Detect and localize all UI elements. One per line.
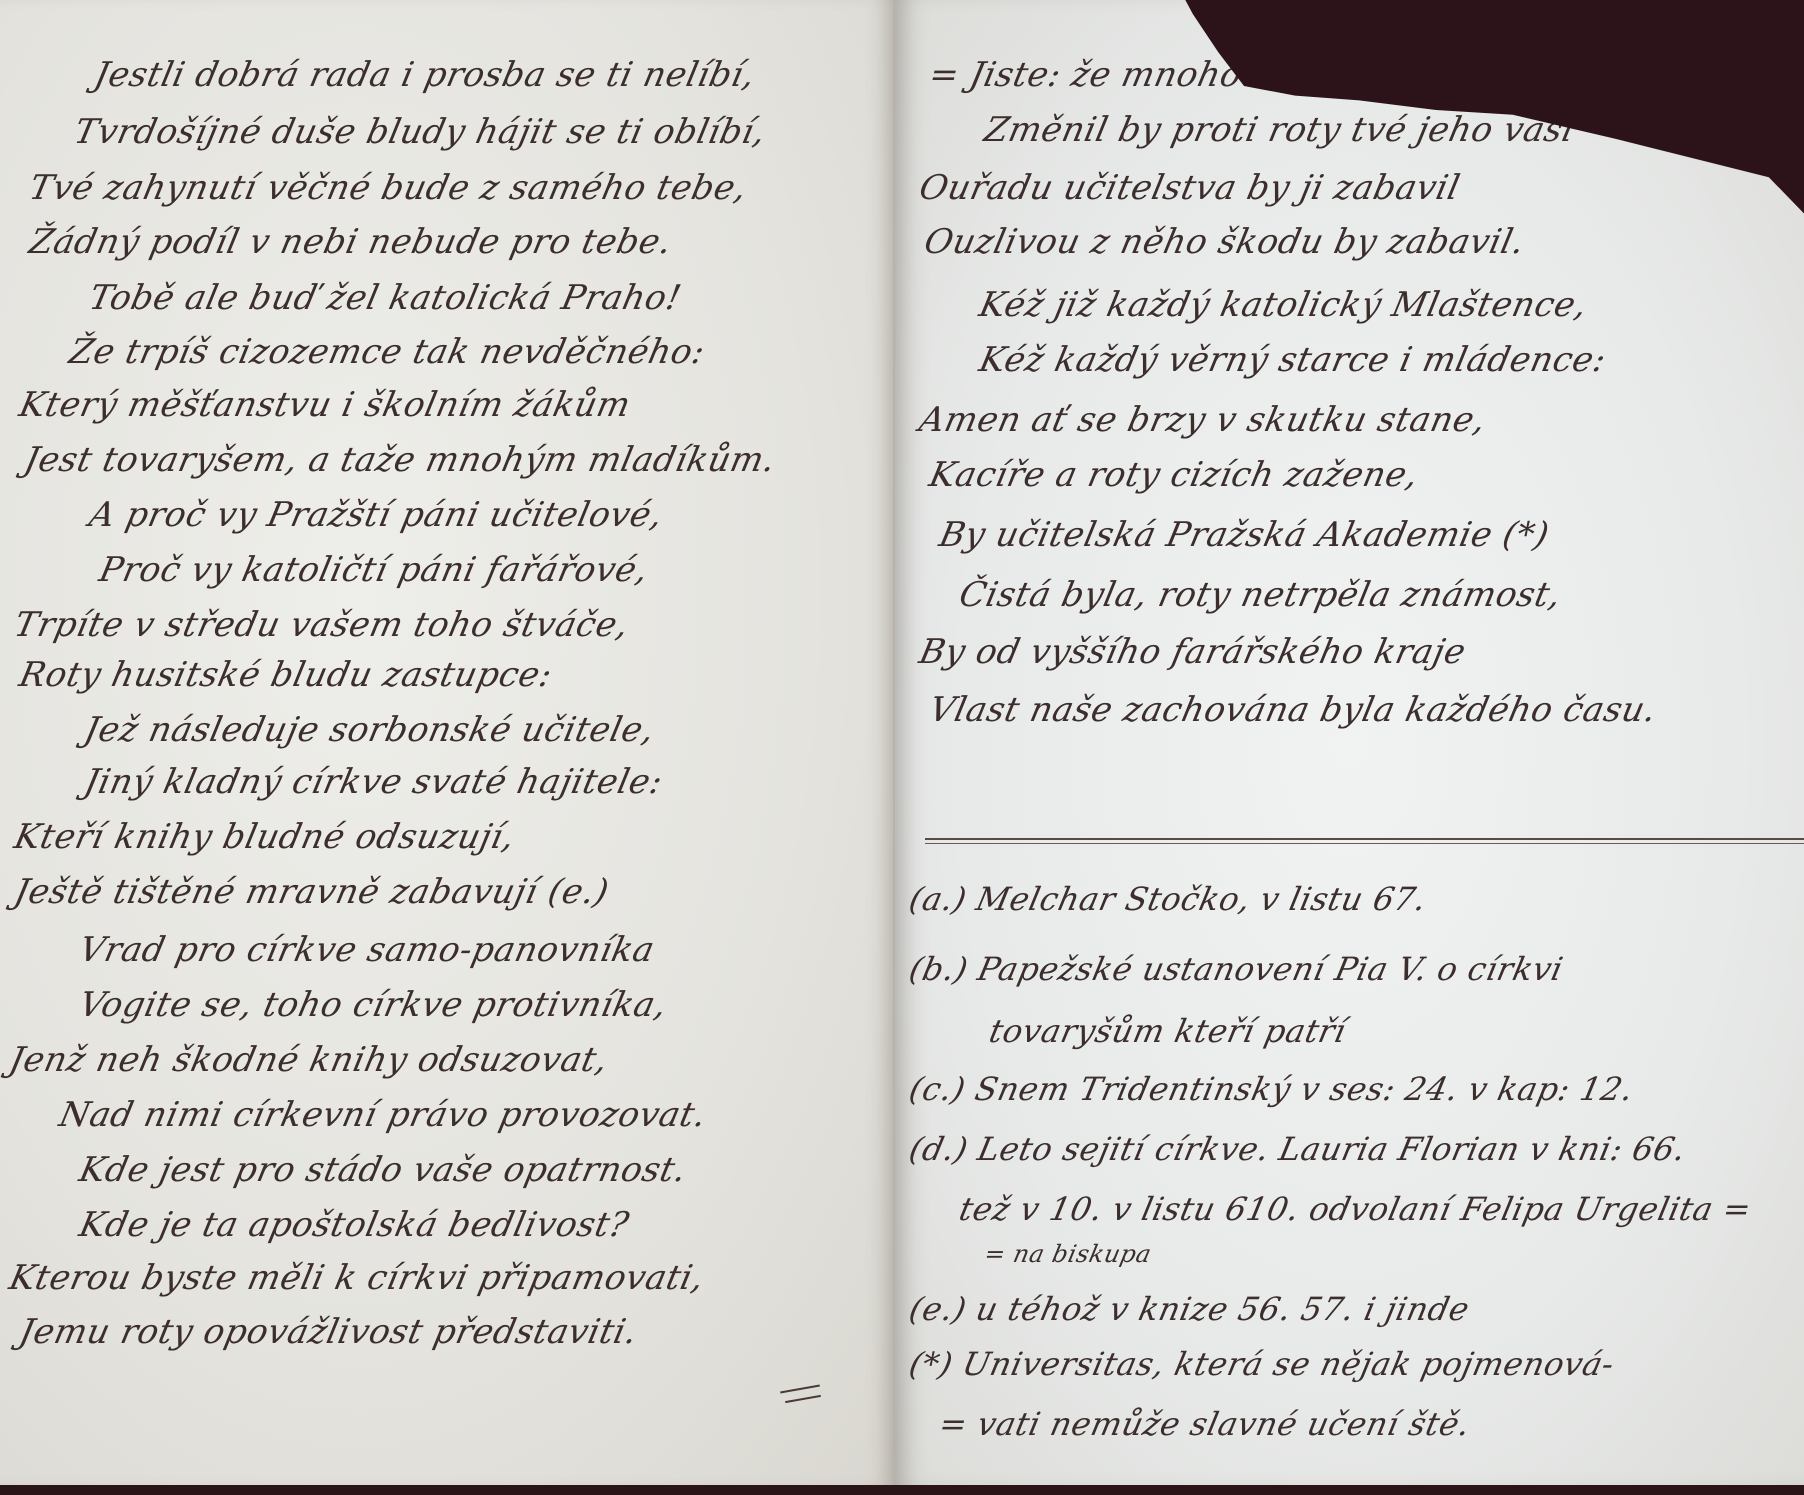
manuscript-line: Ještě tištěné mravně zabavují (e.)	[11, 872, 613, 912]
footnote-text: u téhož v knize 56. 57. i jinde	[973, 1290, 1473, 1328]
footnote-separator	[925, 838, 1804, 844]
manuscript-line: Jestli dobrá rada i prosba se ti nelíbí,	[91, 55, 759, 95]
footnote-text: Melchar Stočko, v listu 67.	[973, 880, 1430, 918]
footnote-text: Papežské ustanovení Pia V. o církvi	[974, 950, 1566, 988]
manuscript-line: Nad nimi církevní právo provozovat.	[56, 1095, 710, 1135]
footnote-e: (e.) u téhož v knize 56. 57. i jinde	[906, 1290, 1473, 1328]
footnote-text: tež v 10. v listu 610. odvolaní Felipa U…	[956, 1190, 1755, 1228]
manuscript-line: Kteří knihy bludné odsuzují,	[11, 817, 519, 857]
footnote-c: (c.) Snem Tridentinský v ses: 24. v kap:…	[906, 1070, 1637, 1108]
manuscript-line: Jiný kladný církve svaté hajitele:	[81, 762, 667, 802]
manuscript-line: Tobě ale buď žel katolická Praho!	[86, 278, 685, 318]
manuscript-line: Vlast naše zachována byla každého času.	[926, 690, 1660, 730]
manuscript-line: Vogite se, toho církve protivníka,	[76, 985, 671, 1025]
footnote-text: tovaryšům kteří patří	[986, 1012, 1350, 1050]
manuscript-line: Proč vy katoličtí páni fařářové,	[96, 550, 652, 590]
footnote-asterisk: (*) Universitas, která se nějak pojmenov…	[906, 1345, 1618, 1383]
footnote-text: Snem Tridentinský v ses: 24. v kap: 12.	[972, 1070, 1637, 1108]
manuscript-line: = Jiste: že mnoho	[926, 55, 1246, 95]
manuscript-line: Změnil by proti roty tvé jeho vaši	[981, 110, 1578, 150]
footnote-text: Leto sejití církve. Lauria Florian v kni…	[974, 1130, 1689, 1168]
left-page: Jestli dobrá rada i prosba se ti nelíbí,…	[0, 0, 895, 1485]
footnote-a: (a.) Melchar Stočko, v listu 67.	[906, 880, 1430, 918]
footnote-marker: (b.)	[906, 950, 972, 988]
footnote-text: Universitas, která se nějak pojmenová-	[959, 1345, 1618, 1383]
footnote-text: = vati nemůže slavné učení ště.	[936, 1405, 1474, 1443]
manuscript-line: Tvé zahynutí věčné bude z samého tebe,	[26, 168, 751, 208]
manuscript-line: By učitelská Pražská Akademie (*)	[936, 515, 1553, 555]
footnote-text: = na biskupa	[982, 1240, 1154, 1268]
manuscript-line: Kéž již každý katolický Mlaštence,	[976, 285, 1591, 325]
manuscript-line: Čistá byla, roty netrpěla známost,	[956, 575, 1565, 615]
footnote-marker: (d.)	[906, 1130, 972, 1168]
manuscript-line: Kéž každý věrný starce i mládence:	[976, 340, 1610, 380]
footnote-marker: (*)	[906, 1345, 957, 1383]
manuscript-line: Roty husitské bludu zastupce:	[16, 655, 556, 695]
footnote-marker: (a.)	[906, 880, 970, 918]
manuscript-line: Jemu roty opovážlivost představiti.	[16, 1312, 641, 1352]
manuscript-line: Vrad pro církve samo-panovníka	[76, 930, 659, 970]
manuscript-line: A proč vy Pražští páni učitelové,	[86, 495, 667, 535]
manuscript-line: Kacíře a roty cizích zažene,	[926, 455, 1422, 495]
manuscript-line: Který měšťanstvu i školním žákům	[16, 385, 634, 425]
end-mark	[780, 1385, 820, 1394]
manuscript-line: Amen ať se brzy v skutku stane,	[916, 400, 1490, 440]
manuscript-line: Trpíte v středu vašem toho štváče,	[11, 605, 633, 645]
manuscript-line: Jenž neh škodné knihy odsuzovat,	[6, 1040, 612, 1080]
footnote-b: (b.) Papežské ustanovení Pia V. o církvi	[906, 950, 1567, 988]
manuscript-line: Jež následuje sorbonské učitele,	[81, 710, 658, 750]
manuscript-line: Tvrdošíjné duše bludy hájit se ti oblíbí…	[71, 112, 770, 152]
manuscript-line: Že trpíš cizozemce tak nevděčného:	[66, 332, 709, 372]
manuscript-line: By od vyššího farářského kraje	[916, 632, 1470, 672]
footnote-marker: (c.)	[906, 1070, 969, 1108]
manuscript-line: Kde je ta apoštolská bedlivost?	[76, 1205, 633, 1245]
manuscript-line: Jest tovaryšem, a taže mnohým mladíkům.	[21, 440, 779, 480]
manuscript-spread: Jestli dobrá rada i prosba se ti nelíbí,…	[0, 0, 1804, 1495]
footnote-d: (d.) Leto sejití církve. Lauria Florian …	[906, 1130, 1689, 1168]
manuscript-line: Kterou byste měli k církvi připamovati,	[6, 1258, 708, 1298]
manuscript-line: Kde jest pro stádo vaše opatrnost.	[76, 1150, 690, 1190]
manuscript-line: Žádný podíl v nebi nebude pro tebe.	[26, 222, 676, 262]
end-mark	[785, 1395, 821, 1403]
manuscript-line: Ouzlivou z něho škodu by zabavil.	[921, 222, 1528, 262]
manuscript-line: Ouřadu učitelstva by ji zabavil	[916, 168, 1464, 208]
footnote-marker: (e.)	[906, 1290, 970, 1328]
